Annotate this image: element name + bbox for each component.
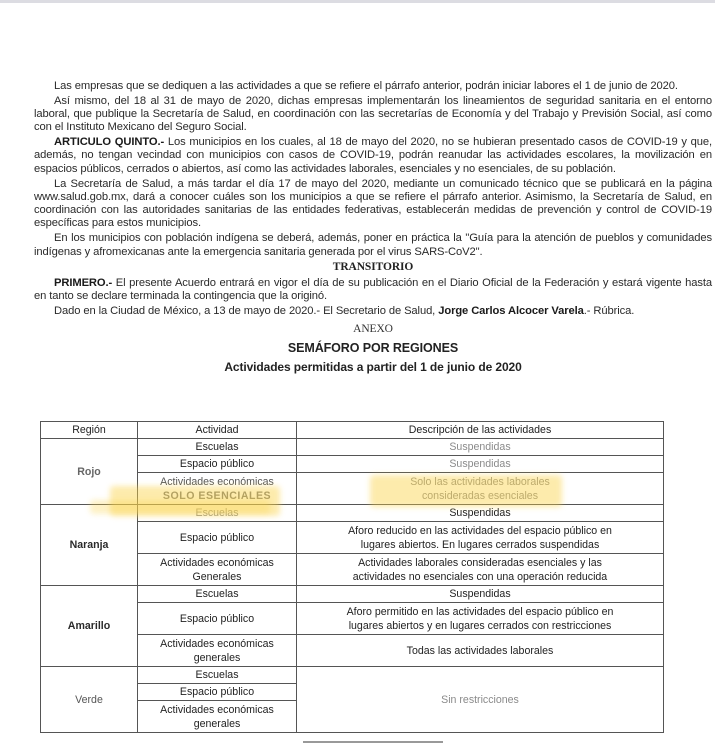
table-header-row: Región Actividad Descripción de las acti… — [41, 422, 664, 439]
actividad-cell: Escuelas — [138, 586, 297, 603]
actividad-cell: Espacio público — [138, 522, 297, 554]
descripcion-cell: Suspendidas — [297, 456, 664, 473]
descripcion-cell: Suspendidas — [297, 439, 664, 456]
descripcion-cell: Todas las actividades laborales — [297, 635, 664, 667]
actividad-cell: Actividades económicasgenerales — [138, 701, 297, 733]
descripcion-cell: Actividades laborales consideradas esenc… — [297, 554, 664, 586]
transitorio-heading: TRANSITORIO — [34, 261, 712, 274]
actividad-cell: Actividades económicasgenerales — [138, 635, 297, 667]
paragraph-4: La Secretaría de Salud, a más tardar el … — [34, 178, 712, 231]
header-region: Región — [41, 422, 138, 439]
region-naranja: Naranja — [41, 505, 138, 586]
paragraph-2: Así mismo, del 18 al 31 de mayo de 2020,… — [34, 95, 712, 135]
semaforo-table: Región Actividad Descripción de las acti… — [40, 421, 664, 733]
region-verde: Verde — [41, 667, 138, 733]
header-descripcion: Descripción de las actividades — [297, 422, 664, 439]
region-rojo: Rojo — [41, 439, 138, 505]
actividad-cell: Espacio público — [138, 684, 297, 701]
actividad-cell: Actividades económicasSOLO ESENCIALES — [138, 473, 297, 505]
actividad-cell: Escuelas — [138, 505, 297, 522]
paragraph-dado: Dado en la Ciudad de México, a 13 de may… — [34, 305, 712, 318]
actividad-cell: Espacio público — [138, 456, 297, 473]
table-row: Rojo Escuelas Suspendidas — [41, 439, 664, 456]
region-amarillo: Amarillo — [41, 586, 138, 667]
actividad-cell: Escuelas — [138, 439, 297, 456]
paragraph-5: En los municipios con población indígena… — [34, 232, 712, 259]
actividad-cell: Espacio público — [138, 603, 297, 635]
descripcion-cell: Aforo permitido en las actividades del e… — [297, 603, 664, 635]
document-body: Las empresas que se dediquen a las activ… — [34, 80, 712, 374]
page-divider — [303, 741, 443, 743]
semaforo-heading: SEMÁFORO POR REGIONES — [34, 342, 712, 355]
anexo-heading: ANEXO — [34, 323, 712, 336]
descripcion-cell: Suspendidas — [297, 586, 664, 603]
actividad-cell: Escuelas — [138, 667, 297, 684]
actividades-heading: Actividades permitidas a partir del 1 de… — [34, 361, 712, 374]
descripcion-cell: Solo las actividades laboralesconsiderad… — [297, 473, 664, 505]
paragraph-1: Las empresas que se dediquen a las activ… — [34, 80, 712, 93]
paragraph-primero: PRIMERO.- El presente Acuerdo entrará en… — [34, 277, 712, 304]
descripcion-cell: Suspendidas — [297, 505, 664, 522]
paragraph-articulo-quinto: ARTICULO QUINTO.- Los municipios en los … — [34, 136, 712, 176]
top-border — [0, 0, 715, 3]
descripcion-cell: Sin restricciones — [297, 667, 664, 733]
table-row: Amarillo Escuelas Suspendidas — [41, 586, 664, 603]
actividad-cell: Actividades económicasGenerales — [138, 554, 297, 586]
header-actividad: Actividad — [138, 422, 297, 439]
table-row: Verde Escuelas Sin restricciones — [41, 667, 664, 684]
table-row: Naranja Escuelas Suspendidas — [41, 505, 664, 522]
descripcion-cell: Aforo reducido en las actividades del es… — [297, 522, 664, 554]
